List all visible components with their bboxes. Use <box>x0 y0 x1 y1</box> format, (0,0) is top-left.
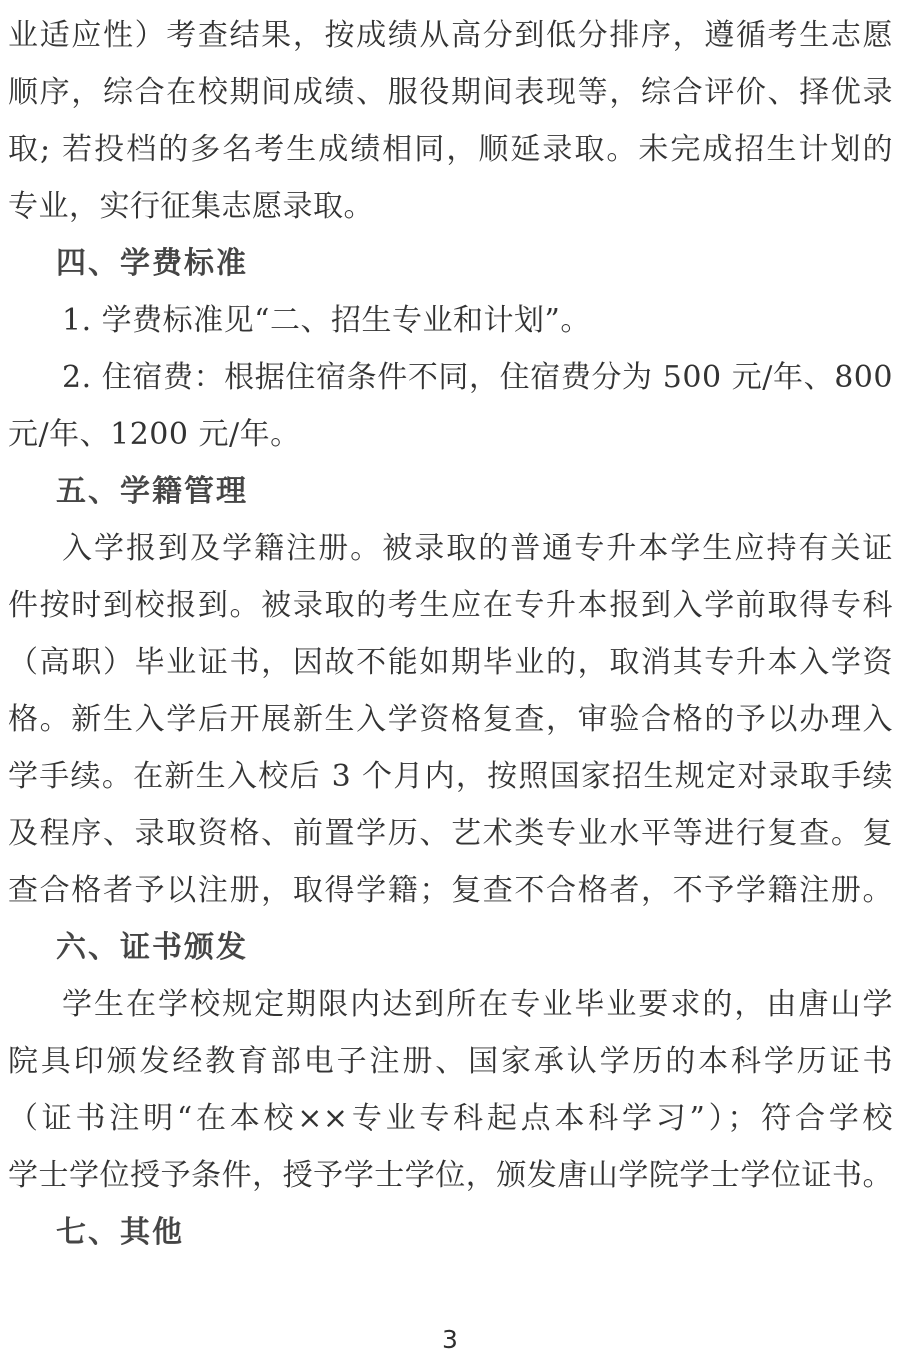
body-line: 院具印颁发经教育部电子注册、国家承认学历的本科学历证书 <box>8 1033 893 1090</box>
page-content: 业适应性）考查结果，按成绩从高分到低分排序，遵循考生志愿 顺序，综合在校期间成绩… <box>8 7 893 1261</box>
body-line: 2. 住宿费：根据住宿条件不同，住宿费分为 500 元/年、800 <box>8 349 893 406</box>
body-line: 学士学位授予条件，授予学士学位，颁发唐山学院学士学位证书。 <box>8 1147 893 1204</box>
body-line: 格。新生入学后开展新生入学资格复查，审验合格的予以办理入 <box>8 691 893 748</box>
section-heading-certificates: 六、证书颁发 <box>8 919 893 976</box>
body-line: 专业，实行征集志愿录取。 <box>8 178 893 235</box>
body-line: 及程序、录取资格、前置学历、艺术类专业水平等进行复查。复 <box>8 805 893 862</box>
body-line: 顺序，综合在校期间成绩、服役期间表现等，综合评价、择优录 <box>8 64 893 121</box>
body-line: 查合格者予以注册，取得学籍；复查不合格者，不予学籍注册。 <box>8 862 893 919</box>
page-number: 3 <box>0 1325 900 1354</box>
body-line: 入学报到及学籍注册。被录取的普通专升本学生应持有关证 <box>8 520 893 577</box>
body-line: 取; 若投档的多名考生成绩相同，顺延录取。未完成招生计划的 <box>8 121 893 178</box>
body-line: （证书注明“在本校××专业专科起点本科学习”）；符合学校 <box>8 1090 893 1147</box>
body-line: （高职）毕业证书，因故不能如期毕业的，取消其专升本入学资 <box>8 634 893 691</box>
section-heading-student-status: 五、学籍管理 <box>8 463 893 520</box>
section-heading-other: 七、其他 <box>8 1204 893 1261</box>
section-heading-tuition: 四、学费标准 <box>8 235 893 292</box>
body-line: 学生在学校规定期限内达到所在专业毕业要求的，由唐山学 <box>8 976 893 1033</box>
body-line: 学手续。在新生入校后 3 个月内，按照国家招生规定对录取手续 <box>8 748 893 805</box>
body-line: 1. 学费标准见“二、招生专业和计划”。 <box>8 292 893 349</box>
body-line: 件按时到校报到。被录取的考生应在专升本报到入学前取得专科 <box>8 577 893 634</box>
body-line: 业适应性）考查结果，按成绩从高分到低分排序，遵循考生志愿 <box>8 7 893 64</box>
document-page: 业适应性）考查结果，按成绩从高分到低分排序，遵循考生志愿 顺序，综合在校期间成绩… <box>0 0 900 1356</box>
body-line: 元/年、1200 元/年。 <box>8 406 893 463</box>
